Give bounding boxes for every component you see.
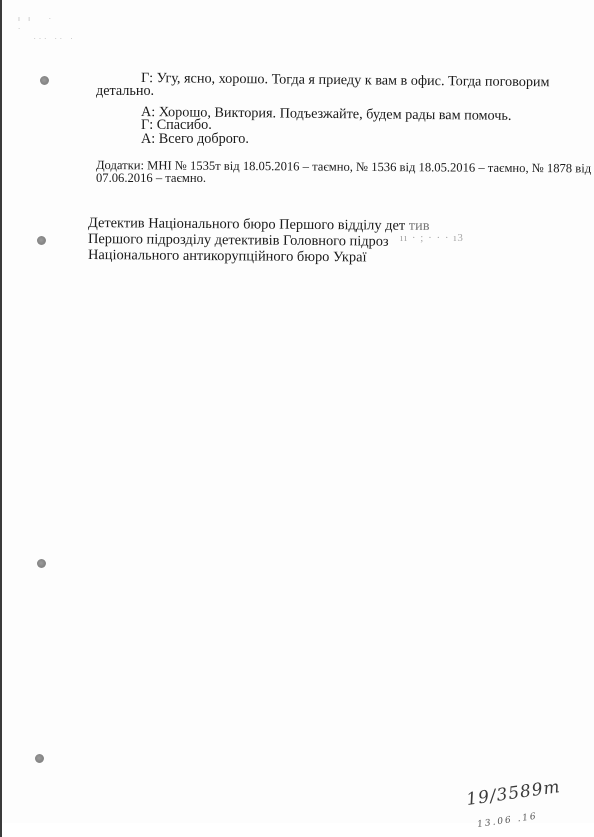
handwritten-registration-number: 19/3589т xyxy=(465,777,562,810)
scanned-page: ı ı · · ··· ·· · Г: Угу, ясно, хорошо. Т… xyxy=(0,0,594,837)
punch-hole-icon xyxy=(35,754,44,763)
signature-title-line: Національного антикорупційного бюро Укра… xyxy=(88,247,367,265)
punch-hole-icon xyxy=(40,76,49,85)
dialogue-line: Г: Угу, ясно, хорошо. Тогда я приеду к в… xyxy=(141,70,550,90)
punch-hole-icon xyxy=(37,236,46,245)
dialogue-line: детально. xyxy=(96,83,154,99)
scan-left-edge xyxy=(0,0,2,837)
attachments-line: 07.06.2016 – таємно. xyxy=(96,171,206,185)
redacted-signature: ıı · ; · · · ı3 xyxy=(400,232,464,244)
dialogue-line: А: Всего доброго. xyxy=(141,131,249,147)
margin-specks: ı ı · · ··· ·· · xyxy=(18,14,75,44)
punch-hole-icon xyxy=(37,559,46,568)
